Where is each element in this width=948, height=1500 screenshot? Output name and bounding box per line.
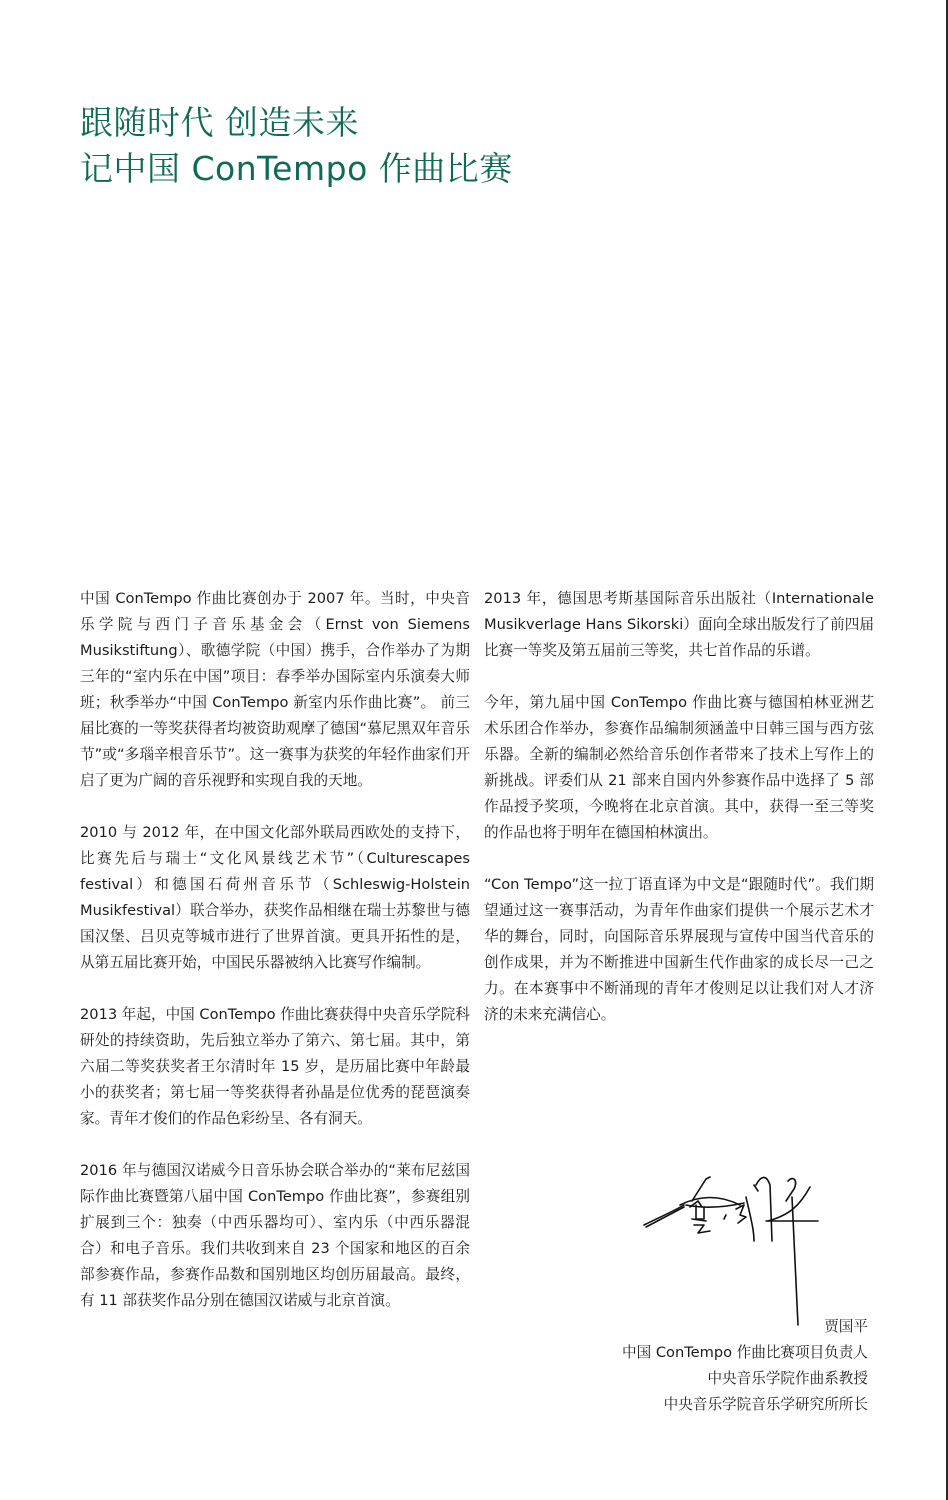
page-title: 跟随时代 创造未来 记中国 ConTempo 作曲比赛 — [80, 100, 513, 192]
right-column: 2013 年，德国思考斯基国际音乐出版社（Internationale Musi… — [484, 586, 874, 1054]
left-column: 中国 ConTempo 作曲比赛创办于 2007 年。当时，中央音乐学院与西门子… — [80, 586, 470, 1340]
signer-title-1: 中国 ConTempo 作曲比赛项目负责人 — [622, 1340, 868, 1366]
signature-icon — [640, 1175, 830, 1330]
paragraph-2013: 2013 年起，中国 ConTempo 作曲比赛获得中央音乐学院科研处的持续资助… — [80, 1002, 470, 1132]
paragraph-ninth-edition: 今年，第九届中国 ConTempo 作曲比赛与德国柏林亚洲艺术乐团合作举办，参赛… — [484, 690, 874, 846]
paragraph-founding: 中国 ConTempo 作曲比赛创办于 2007 年。当时，中央音乐学院与西门子… — [80, 586, 470, 794]
signature-block: 贾国平 中国 ConTempo 作曲比赛项目负责人 中央音乐学院作曲系教授 中央… — [622, 1314, 868, 1418]
paragraph-con-tempo-meaning: “Con Tempo”这一拉丁语直译为中文是“跟随时代”。我们期望通过这一赛事活… — [484, 872, 874, 1028]
paragraph-2010-2012: 2010 与 2012 年，在中国文化部外联局西欧处的支持下，比赛先后与瑞士“文… — [80, 820, 470, 976]
signer-title-2: 中央音乐学院作曲系教授 — [622, 1366, 868, 1392]
title-line-2: 记中国 ConTempo 作曲比赛 — [80, 146, 513, 192]
signer-name: 贾国平 — [622, 1314, 868, 1340]
paragraph-sikorski: 2013 年，德国思考斯基国际音乐出版社（Internationale Musi… — [484, 586, 874, 664]
signer-title-3: 中央音乐学院音乐学研究所所长 — [622, 1392, 868, 1418]
paragraph-2016: 2016 年与德国汉诺威今日音乐协会联合举办的“莱布尼兹国际作曲比赛暨第八届中国… — [80, 1158, 470, 1314]
title-line-1: 跟随时代 创造未来 — [80, 100, 513, 146]
